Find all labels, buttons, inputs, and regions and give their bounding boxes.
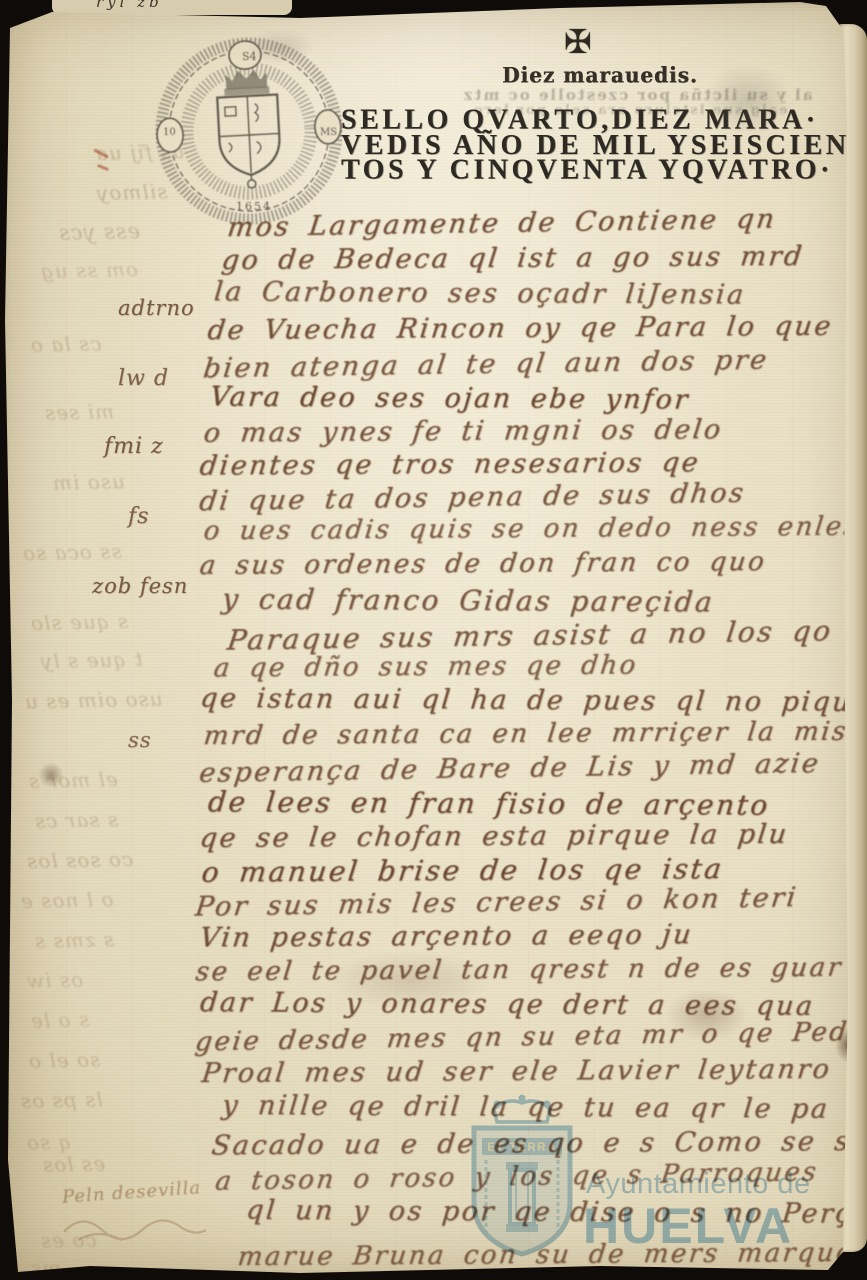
manuscript-line: a qe dño sus mes qe dho xyxy=(212,651,639,684)
margin-bleedthrough-line: t que s ly xyxy=(40,647,143,673)
margin-bleedthrough-line: om ss ug xyxy=(40,257,138,283)
margin-bleedthrough-line: ms xyxy=(30,1256,62,1280)
manuscript-line: de lees en fran fisio de arçento xyxy=(207,785,772,821)
margin-bleedthrough-line: ss xyxy=(128,728,152,752)
stamp-left-label: 10 xyxy=(163,127,176,138)
manuscript-line: geie desde mes qn su eta mr o qe Pedro xyxy=(193,1017,867,1058)
manuscript-line: esperança de Bare de Lis y md azie xyxy=(197,748,822,789)
manuscript-line: qe istan aui ql ha de pues ql no pique xyxy=(199,683,867,718)
margin-bleedthrough-line: uso oim es u xyxy=(24,687,163,714)
margin-bleedthrough-line: s sar cs xyxy=(34,807,119,833)
print-bleedthrough-line: al y su ilctña por czestolle oc mtz xyxy=(462,86,813,104)
manuscript-line: la Carbonero ses oçadr liJensia xyxy=(213,276,747,310)
printed-line-3: TOS Y CINQVENTA YQVATRO· xyxy=(341,158,862,183)
manuscript-line: se eel te pavel tan qrest n de es guar xyxy=(194,953,844,988)
manuscript-line: Vara deo ses ojan ebe ynfor xyxy=(209,382,692,416)
cut-off-writing-fragment: ryl zb xyxy=(96,0,163,11)
manuscript-line: y cad franco Gidas pareçida xyxy=(221,582,716,618)
margin-bleedthrough-line: mi ses xyxy=(44,399,115,424)
manuscript-line: qe se le chofan esta pirque la plu xyxy=(198,819,790,854)
manuscript-line: dar Los y onares qe dert a ees qua xyxy=(199,987,816,1022)
cross-icon: ✠ xyxy=(558,22,598,61)
margin-bleedthrough-line: s o le xyxy=(30,1007,90,1032)
margin-bleedthrough-line: fs xyxy=(128,504,149,529)
stamp-right-label: MS xyxy=(320,127,337,138)
margin-bleedthrough-line: os iw xyxy=(26,967,84,992)
margin-bleedthrough-line: el mor s xyxy=(28,767,118,793)
margin-bleedthrough-line: co sos los xyxy=(26,847,134,873)
duty-line-blackletter: Diez marauedis. xyxy=(500,62,700,88)
manuscript-photo: ryl zb us fij uasilmoyess ycsom ss ugadt… xyxy=(0,0,867,1280)
margin-bleedthrough-line: lw d xyxy=(118,366,169,391)
royal-tax-stamp-seal: S4 10 MS 1654 xyxy=(150,34,348,228)
stamp-top-label: S4 xyxy=(242,50,257,63)
manuscript-line: bien atenga al te ql aun dos pre xyxy=(201,345,770,385)
manuscript-line: ql un y os por qe dise o s no Perçeques xyxy=(245,1195,867,1230)
manuscript-line: de Vuecha Rincon oy qe Para lo que xyxy=(206,311,835,346)
manuscript-line: a sus ordenes de don fran co quo xyxy=(198,547,768,581)
manuscript-line: dientes qe tros nesesarios qe xyxy=(198,447,702,481)
manuscript-line: o manuel brise de los qe ista xyxy=(200,852,726,889)
margin-bleedthrough-line: fmi z xyxy=(104,434,164,459)
margin-bleedthrough-line: s zms s xyxy=(34,927,115,953)
margin-bleedthrough-line: so el o xyxy=(28,1047,101,1073)
manuscript-line: di que ta dos pena de sus dhos xyxy=(197,478,747,518)
margin-bleedthrough-line: ss oca so xyxy=(22,539,122,565)
manuscript-line: mrd de santa ca en lee mrriçer la mis xyxy=(202,717,850,751)
margin-bleedthrough-line: zob fesn xyxy=(92,574,188,598)
margin-bleedthrough-line: q so xyxy=(26,1130,72,1155)
printed-stamp-text: SELLO QVARTO,DIEZ MARA· VEDIS AÑO DE MIL… xyxy=(341,108,862,183)
margin-bleedthrough-line: adtrno xyxy=(118,296,195,320)
margin-bleedthrough-line: ess ycs xyxy=(58,219,141,245)
manuscript-line: o ues cadis quis se on dedo ness enles xyxy=(202,512,861,547)
margin-bleedthrough-line: es los xyxy=(42,1151,106,1176)
margin-bleedthrough-line: cs la o xyxy=(30,331,102,356)
archive-note: Peln desevilla xyxy=(61,1177,201,1208)
red-pencil-mark xyxy=(97,164,109,171)
manuscript-line: a toson o roso y los qe s Parroques xyxy=(214,1157,821,1196)
manuscript-page: us fij uasilmoyess ycsom ss ugadtrnocs l… xyxy=(0,0,867,1280)
manuscript-line: Vin pestas arçento a eeqo ju xyxy=(198,919,695,953)
manuscript-line: Por sus mis les crees si o kon teri xyxy=(193,882,799,922)
margin-bleedthrough-line: ls ps os xyxy=(20,1087,103,1113)
manuscript-line: y nille qe dril la qe tu ea qr le pa e xyxy=(221,1090,867,1125)
margin-bleedthrough-line: uso im xyxy=(52,469,125,495)
margin-bleedthrough-line: s que slo xyxy=(30,609,129,635)
manuscript-line: Sacado ua e de es qo e s Como se sigue xyxy=(210,1126,867,1162)
margin-bleedthrough-line: o l nos e xyxy=(20,887,114,913)
manuscript-line: go de Bedeca ql ist a go sus mrd xyxy=(220,241,806,276)
manuscript-line: marue Bruna con su de mers marques xyxy=(236,1238,867,1272)
manuscript-line: Proal mes ud ser ele Lavier leytanro xyxy=(200,1054,833,1089)
signature-flourish xyxy=(58,1206,228,1250)
manuscript-line: o mas ynes fe ti mgni os delo xyxy=(202,414,725,449)
underlying-leaf-edge: ryl zb xyxy=(52,0,292,15)
